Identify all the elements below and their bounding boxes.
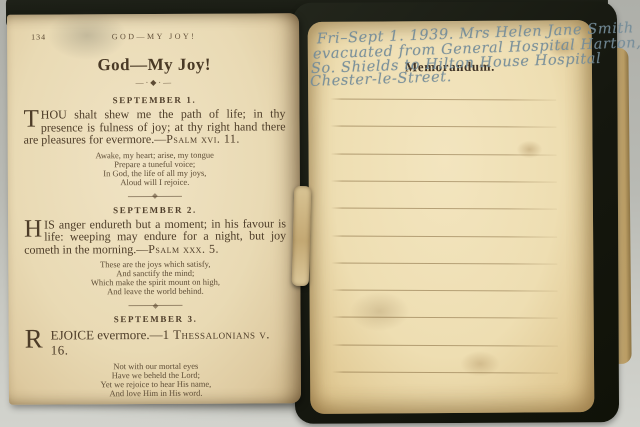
entry-body-text: EJOICE evermore.— bbox=[51, 327, 163, 343]
hymn-verse: Not with our mortal eyes Have we beheld … bbox=[25, 361, 287, 398]
hymn-verse: These are the joys which satisfy, And sa… bbox=[24, 259, 286, 296]
ruled-line bbox=[331, 208, 557, 210]
section-divider bbox=[129, 305, 183, 306]
section-divider bbox=[128, 195, 182, 196]
drop-cap: R bbox=[25, 328, 45, 350]
left-page: 134 GOD—MY JOY! God—My Joy! —·◆·— SEPTEM… bbox=[7, 13, 301, 405]
left-page-content: 134 GOD—MY JOY! God—My Joy! —·◆·— SEPTEM… bbox=[23, 29, 287, 396]
devotional-entry-sept2: SEPTEMBER 2. HIS anger endureth but a mo… bbox=[24, 204, 286, 297]
entry-body-text: HOU shalt shew me the path of life; in t… bbox=[24, 106, 286, 146]
devotional-entry-sept1: SEPTEMBER 1. THOU shalt shew me the path… bbox=[23, 94, 285, 187]
scripture-reference: Psalm xxx. 5. bbox=[148, 241, 219, 255]
scripture-reference: Psalm xvi. 11. bbox=[166, 132, 240, 146]
entry-date-heading: SEPTEMBER 1. bbox=[23, 94, 285, 105]
verse-line: And love Him in His word. bbox=[25, 388, 287, 398]
devotional-entry-sept3: SEPTEMBER 3. REJOICE evermore.—1 Thessal… bbox=[25, 313, 287, 398]
ruled-line bbox=[332, 317, 558, 319]
drop-cap: T bbox=[23, 109, 40, 130]
entry-scripture-text: REJOICE evermore.—1 Thessalonians v. 16. bbox=[25, 326, 287, 357]
drop-cap: H bbox=[24, 218, 44, 239]
title-ornament: —·◆·— bbox=[23, 77, 285, 87]
verse-line: And leave the world behind. bbox=[24, 286, 286, 296]
ruled-line bbox=[332, 344, 558, 346]
ruled-line bbox=[330, 98, 556, 100]
ruled-line bbox=[331, 262, 557, 264]
spine-repair-tape bbox=[292, 186, 312, 286]
ruled-line bbox=[331, 180, 557, 182]
verse-line: Aloud will I rejoice. bbox=[24, 177, 286, 187]
entry-scripture-text: THOU shalt shew me the path of life; in … bbox=[23, 107, 285, 146]
entry-scripture-text: HIS anger endureth but a moment; in his … bbox=[24, 217, 286, 256]
entry-date-heading: SEPTEMBER 3. bbox=[25, 313, 287, 324]
entry-date-heading: SEPTEMBER 2. bbox=[24, 204, 286, 215]
ruled-line bbox=[331, 235, 557, 237]
ruled-line bbox=[331, 153, 557, 155]
ruled-line bbox=[332, 371, 558, 373]
ruled-line bbox=[330, 126, 556, 128]
hymn-verse: Awake, my heart; arise, my tongue Prepar… bbox=[24, 150, 286, 187]
right-page-memorandum: Memorandum. Fri–Sept 1. 1939. Mrs Helen … bbox=[308, 20, 595, 414]
ruled-line bbox=[332, 290, 558, 292]
photo-open-devotional-book: 134 GOD—MY JOY! God—My Joy! —·◆·— SEPTEM… bbox=[0, 0, 640, 427]
pencil-smudge bbox=[47, 10, 127, 60]
